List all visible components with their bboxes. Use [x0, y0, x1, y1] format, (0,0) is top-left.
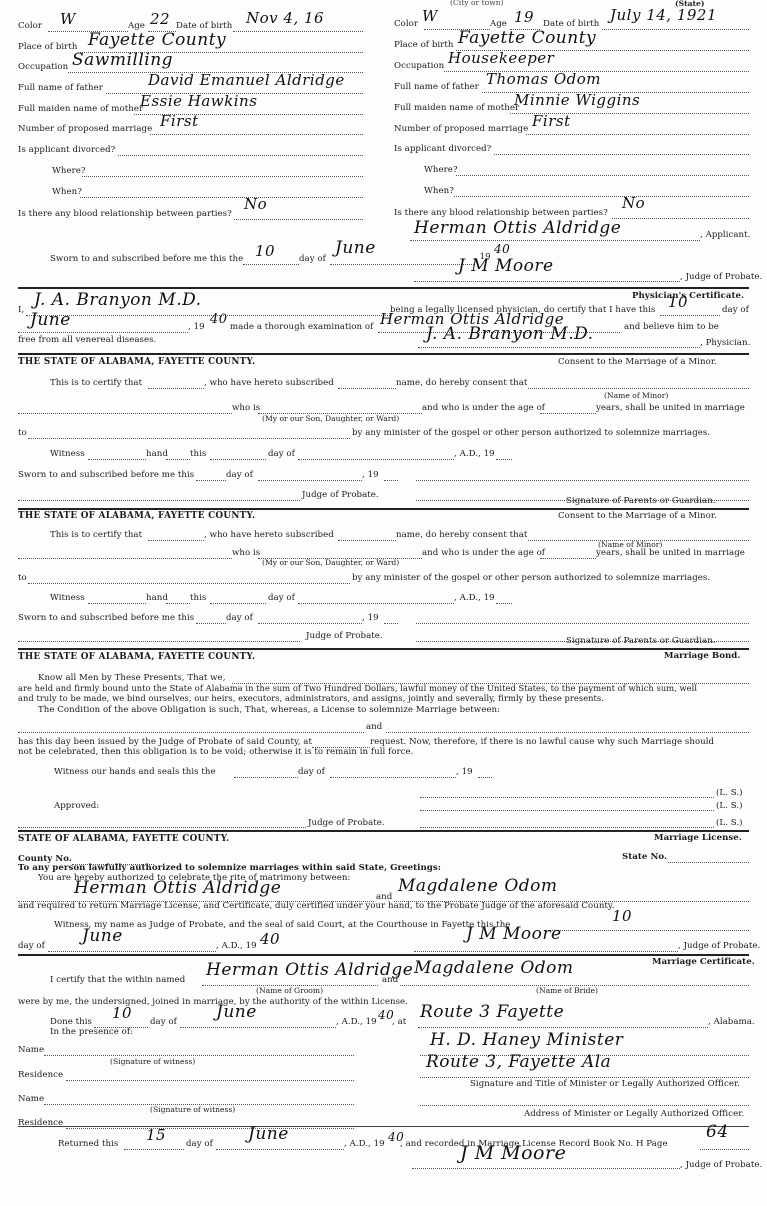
groom-where-label: Where?	[52, 166, 86, 176]
groom-place: Fayette County	[88, 30, 226, 50]
physician-day: 10	[668, 293, 688, 311]
sworn-year: 40	[494, 242, 510, 256]
bride-mother-label: Full maiden name of mother	[394, 103, 519, 113]
bond-ls-2: (L. S.)	[716, 801, 743, 811]
consent1-line3b: by any minister of the gospel or other p…	[352, 428, 710, 438]
bond-line5b: request. Now, therefore, if there is no …	[370, 737, 714, 747]
groom-father: David Emanuel Aldridge	[148, 71, 345, 89]
certificate-place: Route 3 Fayette	[420, 1002, 564, 1022]
physician-i: I,	[18, 305, 24, 315]
returned-page: 64	[706, 1122, 729, 1142]
minister-caption: Signature and Title of Minister or Legal…	[470, 1079, 740, 1089]
license-day: 10	[612, 907, 632, 925]
witness1-name-label: Name	[18, 1045, 44, 1055]
bond-line6: not be celebrated, then this obligation …	[18, 747, 413, 757]
consent1-witness-c: this	[190, 449, 206, 459]
groom-occupation: Sawmilling	[72, 50, 173, 70]
consent1-line2c: years, shall be united in marriage	[596, 403, 745, 413]
applicant-signature: Herman Ottis Aldridge	[414, 218, 621, 238]
certificate-and: and	[382, 975, 398, 985]
license-judge-signature: J M Moore	[466, 924, 562, 944]
consent2-line2a: who is	[232, 548, 260, 558]
returned-prefix: Returned this	[58, 1139, 118, 1149]
returned-day-of: day of	[186, 1139, 213, 1149]
physician-year: 40	[210, 312, 228, 327]
marriage-record-page: (City or town) (State) Color W Age 22 Da…	[0, 0, 767, 1206]
sworn-month: June	[335, 238, 376, 258]
certificate-joined: were by me, the undersigned, joined in m…	[18, 997, 408, 1007]
consent2-witness-b: hand	[146, 593, 168, 603]
consent2-witness-e: , A.D., 19	[454, 593, 495, 603]
bride-father: Thomas Odom	[486, 70, 601, 88]
bond-witness-b: day of	[298, 767, 325, 777]
physician-text2: made a thorough examination of	[230, 322, 373, 332]
sworn-judge-signature: J M Moore	[458, 256, 554, 276]
witness1-sig-caption: (Signature of witness)	[110, 1057, 195, 1066]
bride-occupation-label: Occupation	[394, 61, 444, 71]
license-day-of: day of	[18, 941, 45, 951]
witness2-sig-caption: (Signature of witness)	[150, 1105, 235, 1114]
groom-place-label: Place of birth	[18, 42, 77, 52]
groom-mother: Essie Hawkins	[140, 92, 257, 110]
license-year: 40	[260, 930, 280, 948]
bond-line4: The Condition of the above Obligation is…	[38, 705, 500, 715]
applicant-label: , Applicant.	[700, 230, 750, 240]
consent2-sworn-c: , 19	[362, 613, 379, 623]
license-ad: , A.D., 19	[216, 941, 257, 951]
returned-judge-label: , Judge of Probate.	[680, 1160, 762, 1170]
groom-when-label: When?	[52, 187, 82, 197]
consent2-title: Consent to the Marriage of a Minor.	[558, 511, 717, 521]
bride-where-label: Where?	[424, 165, 458, 175]
bond-witness-a: Witness our hands and seals this the	[54, 767, 216, 777]
bride-age: 19	[514, 8, 534, 26]
consent1-witness-e: , A.D., 19	[454, 449, 495, 459]
certificate-bride: Magdalene Odom	[414, 958, 574, 978]
bride-blood-label: Is there any blood relationship between …	[394, 208, 608, 218]
groom-marriage-no-label: Number of proposed marriage	[18, 124, 152, 134]
minister-address: Route 3, Fayette Ala	[426, 1052, 611, 1072]
consent1-line1c: name, do hereby consent that	[396, 378, 527, 388]
physician-day-of: day of	[722, 305, 749, 315]
groom-divorced-label: Is applicant divorced?	[18, 145, 115, 155]
consent1-sworn-b: day of	[226, 470, 253, 480]
license-header: STATE OF ALABAMA, FAYETTE COUNTY.	[18, 834, 230, 844]
consent2-line1c: name, do hereby consent that	[396, 530, 527, 540]
certificate-day-of: day of	[150, 1017, 177, 1027]
bond-line2: are held and firmly bound unto the State…	[18, 683, 697, 693]
bond-line5a: has this day been issued by the Judge of…	[18, 737, 312, 747]
bond-witness-c: , 19	[456, 767, 473, 777]
physician-name: J. A. Branyon M.D.	[34, 290, 202, 310]
consent1-sworn-c: , 19	[362, 470, 379, 480]
license-title: Marriage License.	[654, 833, 742, 843]
certificate-caption-groom: (Name of Groom)	[256, 986, 323, 995]
consent2-sworn-b: day of	[226, 613, 253, 623]
certificate-day: 10	[112, 1004, 132, 1022]
consent1-witness-d: day of	[268, 449, 295, 459]
bride-marriage-no: First	[532, 112, 571, 130]
city-caption: (City or town)	[450, 0, 504, 7]
bride-marriage-no-label: Number of proposed marriage	[394, 124, 528, 134]
physician-text3: and believe him to be	[624, 322, 719, 332]
bride-father-label: Full name of father	[394, 82, 479, 92]
bond-approved: Approved:	[54, 801, 99, 811]
bride-divorced-label: Is applicant divorced?	[394, 144, 491, 154]
consent2-sworn-a: Sworn to and subscribed before me this	[18, 613, 194, 623]
certificate-certify: I certify that the within named	[50, 975, 185, 985]
groom-occupation-label: Occupation	[18, 62, 68, 72]
physician-sig-label: , Physician.	[700, 338, 750, 348]
license-state-no: State No.	[622, 852, 667, 862]
groom-father-label: Full name of father	[18, 83, 103, 93]
bond-ls-3: (L. S.)	[716, 818, 743, 828]
groom-color-label: Color	[18, 21, 42, 31]
certificate-done: Done this	[50, 1017, 92, 1027]
physician-signature: J. A. Branyon M.D.	[426, 324, 594, 344]
bride-color: W	[422, 7, 438, 25]
returned-ad: , A.D., 19	[344, 1139, 385, 1149]
certificate-caption-bride: (Name of Bride)	[536, 986, 598, 995]
consent1-header: THE STATE OF ALABAMA, FAYETTE COUNTY.	[18, 357, 255, 367]
consent1-sworn-a: Sworn to and subscribed before me this	[18, 470, 194, 480]
consent2-header: THE STATE OF ALABAMA, FAYETTE COUNTY.	[18, 511, 255, 521]
bond-and: and	[366, 722, 382, 732]
bride-occupation: Housekeeper	[448, 49, 554, 67]
groom-dob: Nov 4, 16	[246, 9, 324, 27]
physician-text4: free from all venereal diseases.	[18, 335, 156, 345]
consent2-line1a: This is to certify that	[50, 530, 142, 540]
sworn-day: 10	[255, 242, 275, 260]
sworn-prefix: Sworn to and subscribed before me this t…	[50, 254, 243, 264]
consent1-title: Consent to the Marriage of a Minor.	[558, 357, 717, 367]
bond-judge-label: Judge of Probate.	[308, 818, 385, 828]
consent2-line3b: by any minister of the gospel or other p…	[352, 573, 710, 583]
consent2-witness-a: Witness	[50, 593, 85, 603]
groom-marriage-no: First	[160, 112, 199, 130]
license-greeting: To any person lawfully authorized to sol…	[18, 863, 441, 873]
bride-place-label: Place of birth	[394, 40, 453, 50]
witness1-residence-label: Residence	[18, 1070, 63, 1080]
bond-header: THE STATE OF ALABAMA, FAYETTE COUNTY.	[18, 652, 255, 662]
consent1-line2a: who is	[232, 403, 260, 413]
bond-ls-1: (L. S.)	[716, 788, 743, 798]
consent1-line1a: This is to certify that	[50, 378, 142, 388]
physician-year-prefix: , 19	[188, 322, 205, 332]
address-caption: Address of Minister or Legally Authorize…	[524, 1109, 744, 1119]
consent1-witness-b: hand	[146, 449, 168, 459]
certificate-title: Marriage Certificate.	[652, 957, 755, 967]
groom-color: W	[60, 10, 76, 28]
returned-day: 15	[146, 1126, 166, 1144]
bride-blood: No	[622, 194, 645, 212]
groom-blood-label: Is there any blood relationship between …	[18, 209, 232, 219]
consent1-witness-a: Witness	[50, 449, 85, 459]
consent2-judge-label: Judge of Probate.	[306, 631, 383, 641]
license-groom: Herman Ottis Aldridge	[74, 878, 281, 898]
license-month: June	[82, 926, 123, 946]
physician-month: June	[30, 310, 71, 330]
witness2-name-label: Name	[18, 1094, 44, 1104]
bond-line3: and truly to be made, we bind ourselves,…	[18, 693, 604, 703]
consent2-witness-d: day of	[268, 593, 295, 603]
license-bride: Magdalene Odom	[398, 876, 558, 896]
groom-blood: No	[244, 195, 267, 213]
consent1-caption-minor: (Name of Minor)	[604, 391, 668, 400]
bride-color-label: Color	[394, 19, 418, 29]
consent1-judge-label: Judge of Probate.	[302, 490, 379, 500]
returned-judge-signature: J M Moore	[460, 1142, 566, 1164]
certificate-at: , at	[392, 1017, 406, 1027]
consent1-line1b: , who have hereto subscribed	[204, 378, 334, 388]
consent2-line1b: , who have hereto subscribed	[204, 530, 334, 540]
certificate-state: , Alabama.	[708, 1017, 755, 1027]
certificate-ad: , A.D., 19	[336, 1017, 377, 1027]
bride-when-label: When?	[424, 186, 454, 196]
consent1-caption-relation: (My or our Son, Daughter, or Ward)	[262, 414, 399, 423]
consent2-line3a: to	[18, 573, 27, 583]
consent1-line2b: and who is under the age of	[422, 403, 545, 413]
minister-signature: H. D. Haney Minister	[430, 1030, 623, 1050]
consent1-sig-label: Signature of Parents or Guardian.	[566, 496, 716, 506]
license-required: and required to return Marriage License,…	[18, 901, 614, 911]
groom-age: 22	[150, 10, 170, 28]
groom-mother-label: Full maiden name of mother	[18, 104, 143, 114]
bride-dob: July 14, 1921	[610, 6, 717, 24]
sworn-day-of: day of	[299, 254, 326, 264]
consent2-sig-label: Signature of Parents or Guardian.	[566, 636, 716, 646]
certificate-presence: In the presence of:	[50, 1027, 133, 1037]
consent2-witness-c: this	[190, 593, 206, 603]
consent2-line2b: and who is under the age of	[422, 548, 545, 558]
bride-mother: Minnie Wiggins	[514, 91, 640, 109]
bond-title: Marriage Bond.	[664, 651, 740, 661]
consent1-line3a: to	[18, 428, 27, 438]
sworn-judge-label: , Judge of Probate.	[680, 272, 762, 282]
consent2-caption-relation: (My or our Son, Daughter, or Ward)	[262, 558, 399, 567]
returned-month: June	[248, 1124, 289, 1144]
bond-line1: Know all Men by These Presents, That we,	[38, 673, 225, 683]
license-judge-label: , Judge of Probate.	[678, 941, 760, 951]
bride-place: Fayette County	[458, 28, 596, 48]
certificate-month: June	[216, 1002, 257, 1022]
consent2-line2c: years, shall be united in marriage	[596, 548, 745, 558]
